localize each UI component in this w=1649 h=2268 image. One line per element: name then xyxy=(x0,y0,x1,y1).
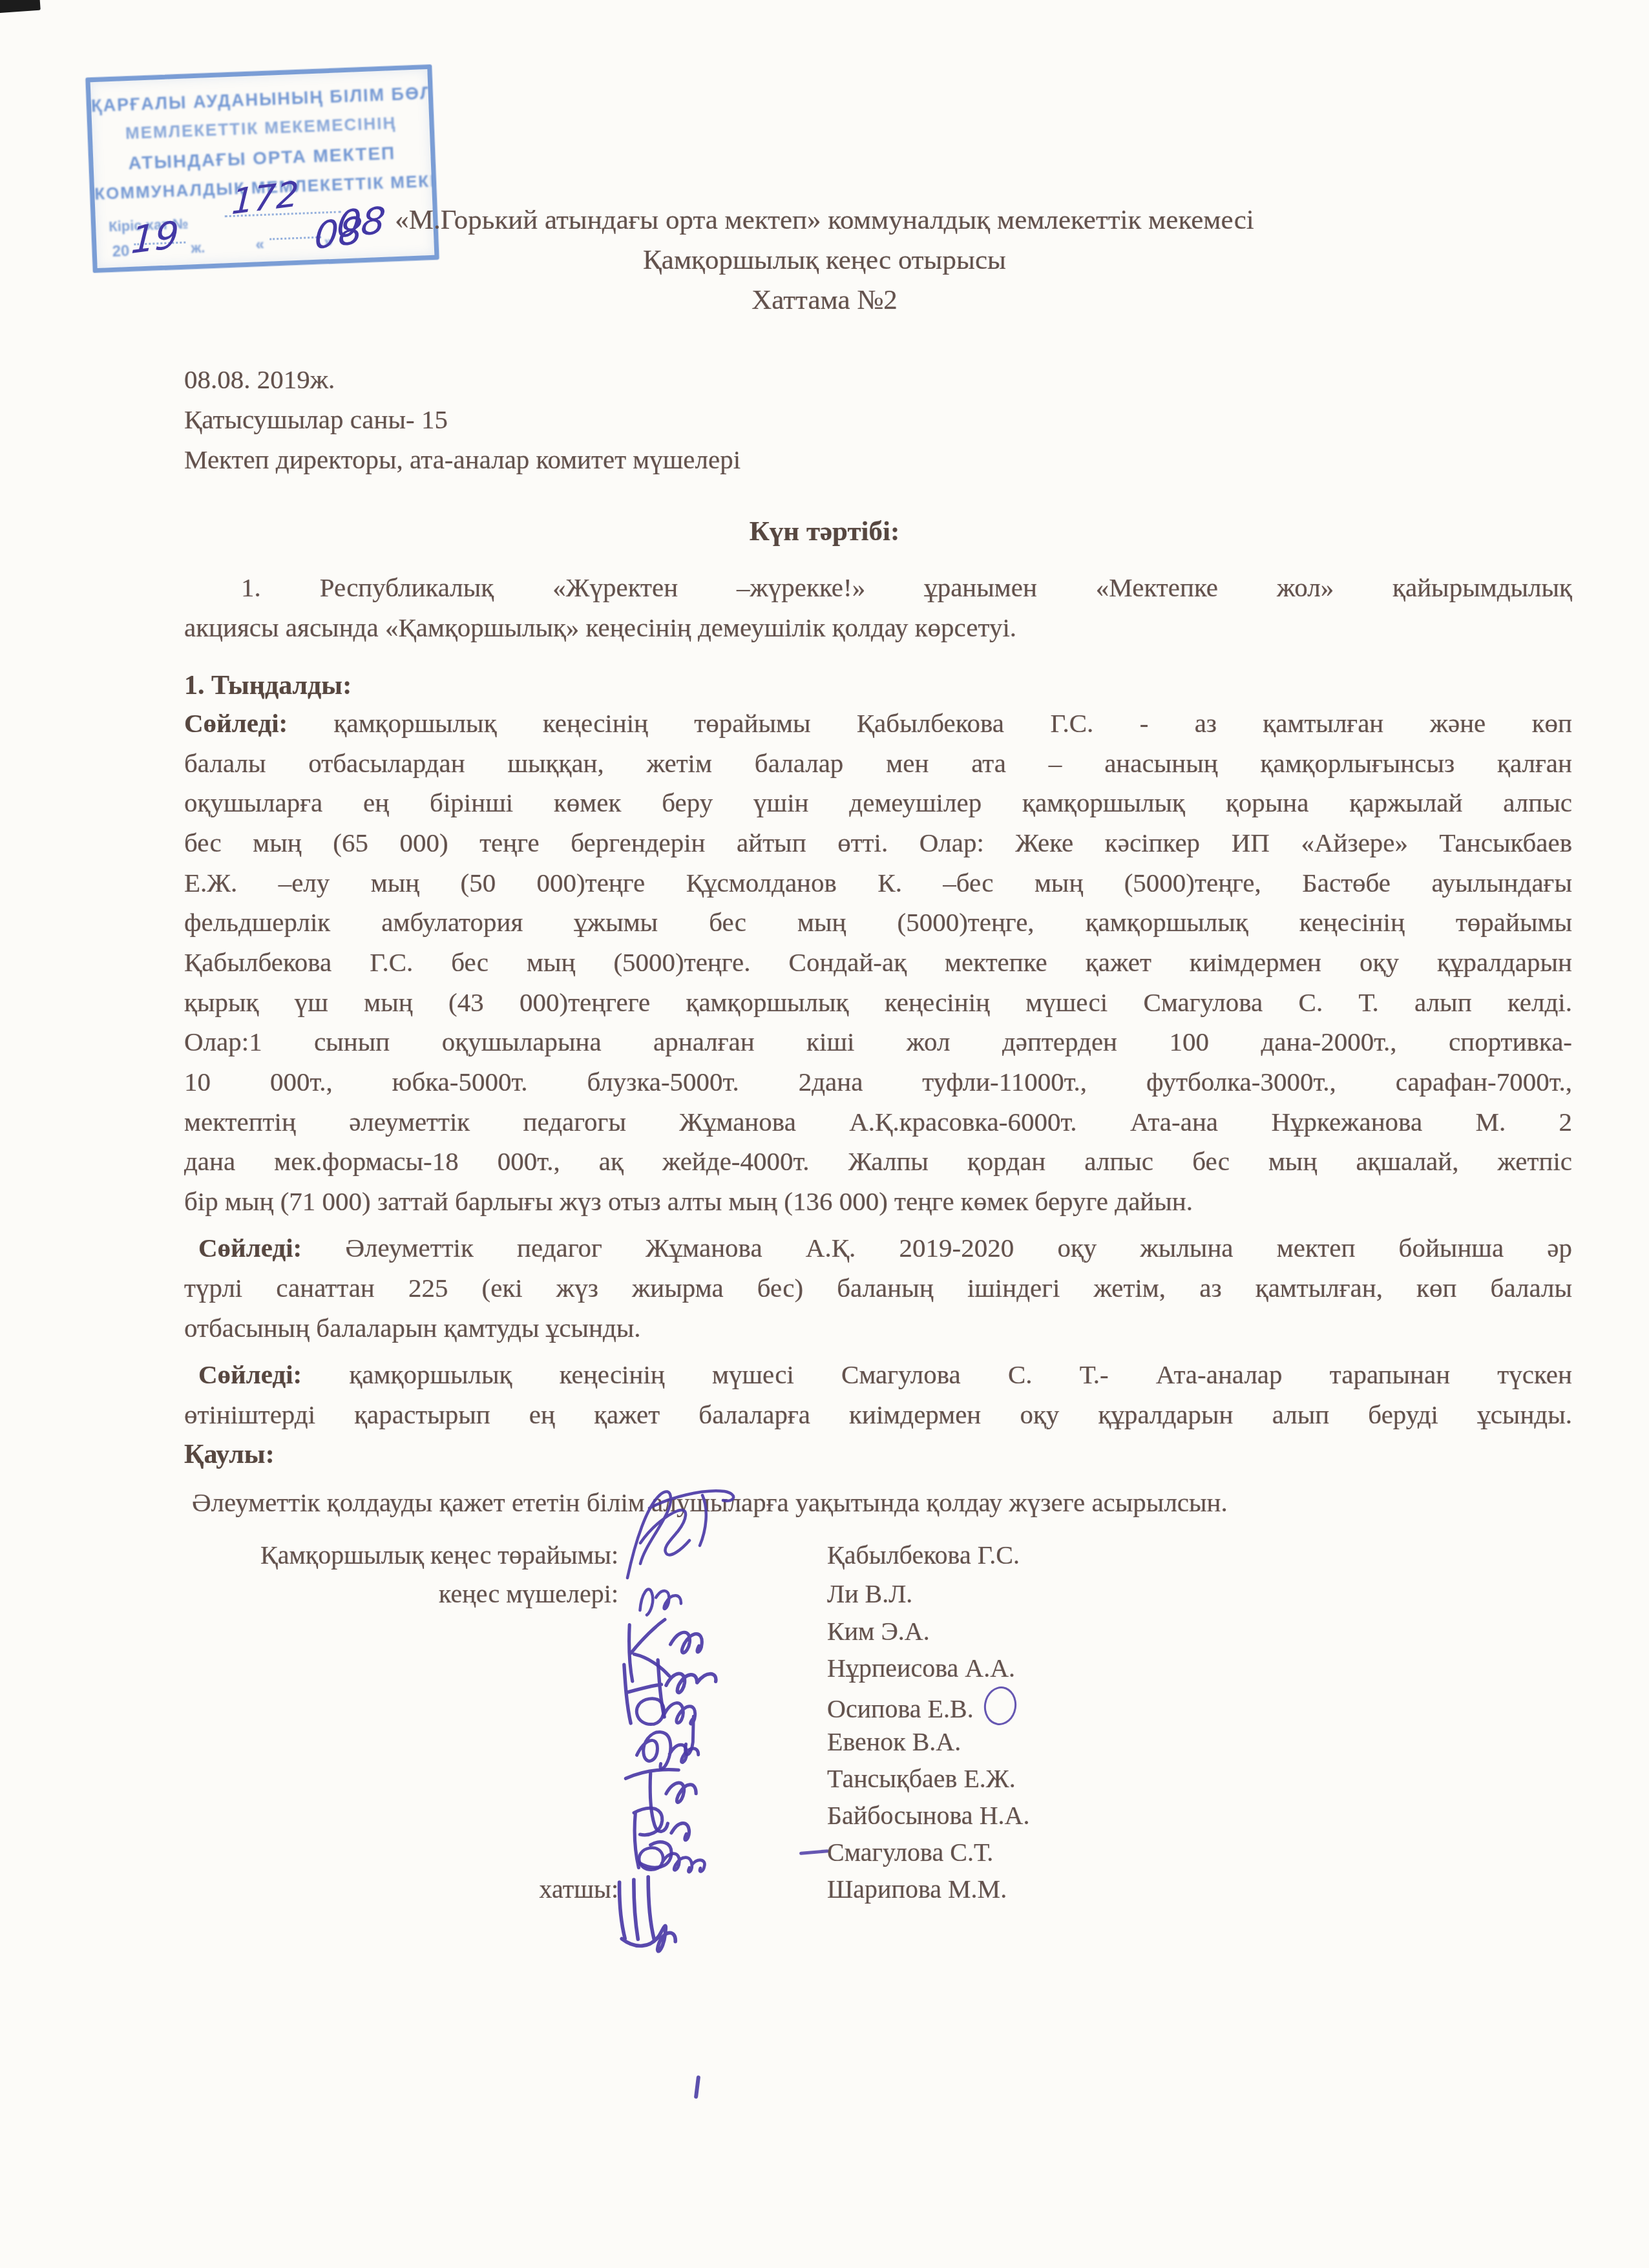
signature-name: Осипова Е.В. xyxy=(827,1686,1016,1728)
signature-row: Байбосынова Н.А. xyxy=(184,1797,1464,1834)
document-title-line-3: Хаттама №2 xyxy=(0,280,1649,320)
paragraph-text: қамқоршылық кеңесінің мүшесі Смагулова С… xyxy=(302,1360,1572,1389)
paragraph-line: Сөйледі: қамқоршылық кеңесінің мүшесі См… xyxy=(184,1354,1572,1394)
attendees-line: Мектеп директоры, ата-аналар комитет мүш… xyxy=(184,439,1572,479)
signature-name: Тансықбаев Е.Ж. xyxy=(827,1760,1016,1798)
paragraph-line: Қабылбекова Г.С. бес мың (5000)теңге. Со… xyxy=(184,942,1572,982)
document-title-line-2: Қамқоршылық кеңес отырысы xyxy=(0,240,1649,280)
signature-row: Қамқоршылық кеңес төрайымы: Қабылбекова … xyxy=(184,1537,1464,1574)
meeting-date: 08.08. 2019ж. xyxy=(184,359,1572,399)
paragraph-line: түрлі санаттан 225 (екі жүз жиырма бес) … xyxy=(184,1268,1572,1308)
signature-name-text: Осипова Е.В. xyxy=(827,1694,974,1723)
secretary-label: хатшы: xyxy=(184,1871,618,1908)
signature-name: Смагулова С.Т. xyxy=(827,1834,993,1871)
speaker-label: Сөйледі: xyxy=(198,1360,302,1389)
speaker-label: Сөйледі: xyxy=(184,708,288,738)
signature-row: Нұрпеисова А.А. xyxy=(184,1650,1464,1687)
paragraph-line: Олар:1 сынып оқушыларына арналған кіші ж… xyxy=(184,1022,1572,1062)
agenda-item-line: акциясы аясында «Қамқоршылық» кеңесінің … xyxy=(184,607,1572,647)
paragraph-text: Әлеуметтік педагог Жұманова А.Қ. 2019-20… xyxy=(302,1233,1572,1263)
paragraph-line: Е.Ж. –елу мың (50 000)теңге Құсмолданов … xyxy=(184,863,1572,903)
paragraph-line: 10 000т., юбка-5000т. блузка-5000т. 2дан… xyxy=(184,1062,1572,1102)
stamp-line: ҚАРҒАЛЫ АУДАНЫНЫҢ БІЛІМ БӨЛІМІ xyxy=(91,83,429,116)
signature-name: Ким Э.А. xyxy=(827,1613,930,1650)
paragraph-line: бес мың (65 000) теңге бергендерін айтып… xyxy=(184,823,1572,863)
signature-row: Евенок В.А. xyxy=(184,1723,1464,1761)
paragraph-text: қамқоршылық кеңесінің төрайымы Қабылбеко… xyxy=(288,708,1572,738)
signature-name: Нұрпеисова А.А. xyxy=(827,1650,1015,1687)
agenda-item-line: 1. Республикалық «Жүректен –жүрекке!» ұр… xyxy=(184,567,1572,607)
signature-name: Байбосынова Н.А. xyxy=(827,1797,1029,1834)
paragraph-line: фельдшерлік амбулатория ұжымы бес мың (5… xyxy=(184,902,1572,942)
signature-name: Шарипова М.М. xyxy=(827,1871,1007,1908)
ink-circle-mark xyxy=(981,1684,1019,1727)
ink-speck-artifact xyxy=(694,2075,700,2099)
stamp-line: АТЫНДАҒЫ ОРТА МЕКТЕП xyxy=(93,142,431,175)
paragraph-line: мектептің әлеуметтік педагогы Жұманова А… xyxy=(184,1102,1572,1142)
members-label: кеңес мүшелері: xyxy=(184,1575,618,1613)
participants-count: Қатысушылар саны- 15 xyxy=(184,399,1572,439)
chairman-label: Қамқоршылық кеңес төрайымы: xyxy=(184,1537,618,1574)
paragraph-line: Сөйледі: Әлеуметтік педагог Жұманова А.Қ… xyxy=(184,1228,1572,1268)
paragraph-line: оқушыларға ең бірінші көмек беру үшін де… xyxy=(184,782,1572,823)
signature-name: Ли В.Л. xyxy=(827,1575,912,1613)
resolution-line: Әлеуметтік қолдауды қажет ететін білім а… xyxy=(184,1482,1572,1522)
signature-row: Ким Э.А. xyxy=(184,1613,1464,1650)
section-heading-tyndaldy: 1. Тыңдалды: xyxy=(184,666,1572,706)
signature-row: кеңес мүшелері: Ли В.Л. xyxy=(184,1575,1464,1613)
signature-row: Смагулова С.Т. xyxy=(184,1834,1464,1871)
signature-row: Тансықбаев Е.Ж. xyxy=(184,1760,1464,1798)
signature-row: хатшы: Шарипова М.М. xyxy=(184,1871,1464,1908)
paragraph-line: отбасының балаларын қамтуды ұсынды. xyxy=(184,1308,1572,1348)
stamp-line: МЕМЛЕКЕТТІК МЕКЕМЕСІНІҢ xyxy=(92,112,430,145)
scanned-document-page: ҚАРҒАЛЫ АУДАНЫНЫҢ БІЛІМ БӨЛІМІ МЕМЛЕКЕТТ… xyxy=(0,0,1649,2268)
section-heading-qauly: Қаулы: xyxy=(184,1434,1572,1475)
signature-name: Қабылбекова Г.С. xyxy=(827,1537,1020,1574)
paragraph-line: қырық үш мың (43 000)теңгеге қамқоршылық… xyxy=(184,982,1572,1022)
paragraph-line: бір мың (71 000) заттай барлығы жүз отыз… xyxy=(184,1181,1572,1221)
paragraph-line: Сөйледі: қамқоршылық кеңесінің төрайымы … xyxy=(184,703,1572,743)
paragraph-line: дана мек.формасы-18 000т., ақ жейде-4000… xyxy=(184,1141,1572,1181)
document-title-line-1: «М.Горький атындағы орта мектеп» коммуна… xyxy=(0,200,1649,240)
paragraph-line: өтініштерді қарастырып ең қажет балаларғ… xyxy=(184,1394,1572,1434)
signature-name: Евенок В.А. xyxy=(827,1723,961,1761)
agenda-heading: Күн тәртібі: xyxy=(0,512,1649,552)
signature-row: Осипова Е.В. xyxy=(184,1686,1464,1724)
speaker-label: Сөйледі: xyxy=(198,1233,302,1263)
paragraph-line: балалы отбасылардан шыққан, жетім балала… xyxy=(184,743,1572,783)
scan-artifact-corner xyxy=(0,0,41,13)
